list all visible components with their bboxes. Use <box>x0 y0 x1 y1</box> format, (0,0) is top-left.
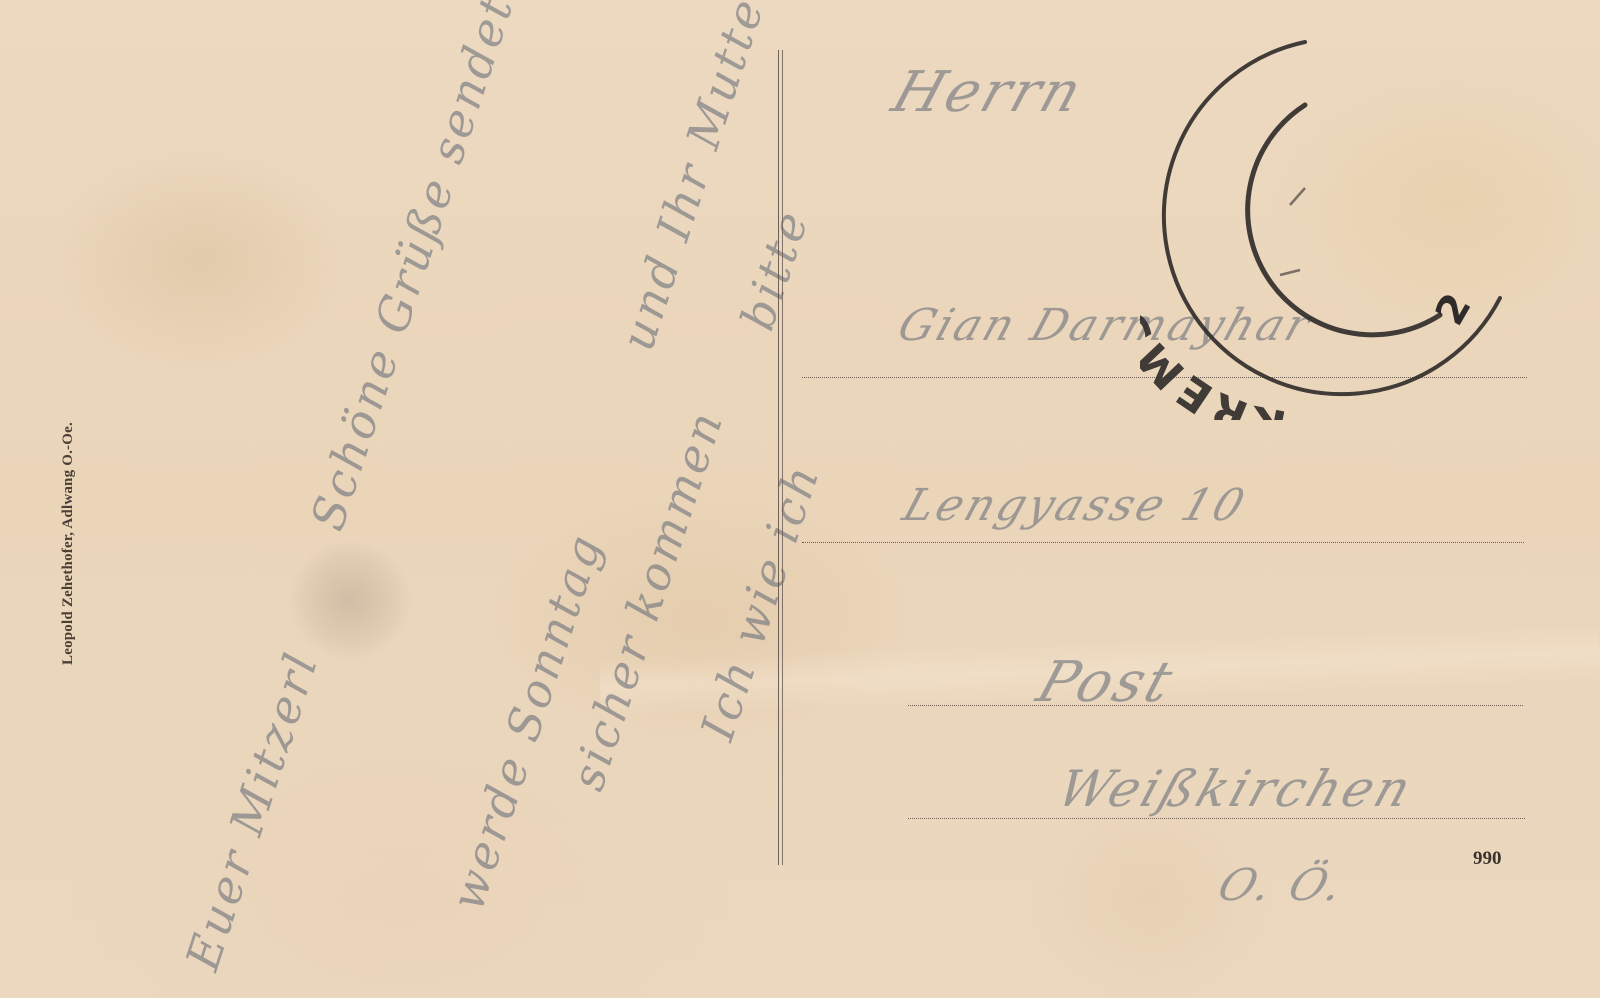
message-line: bitte <box>730 203 819 337</box>
message-line: Schöne Grüße sendet <box>300 0 524 537</box>
postmark-number: 2 <box>1427 286 1481 333</box>
postcard-back: Leopold Zehethofer, Adlwang O.-Oe. Euer … <box>0 0 1600 998</box>
center-divider <box>778 50 783 865</box>
address-salutation: Herrn <box>884 60 1092 125</box>
address-post: Post <box>1029 650 1182 715</box>
ink-smudge <box>290 540 410 660</box>
address-town: Weißkirchen <box>1051 760 1421 818</box>
address-line-3 <box>908 705 1523 706</box>
address-line-4 <box>908 818 1525 819</box>
serial-number: 990 <box>1473 848 1502 870</box>
address-street: Lengyasse 10 <box>897 480 1254 531</box>
postmark: KREMSMÜNS 2 <box>1140 30 1520 420</box>
message-line: Euer Mitzerl <box>175 645 329 977</box>
address-line-2 <box>802 542 1524 543</box>
printer-imprint: Leopold Zehethofer, Adlwang O.-Oe. <box>60 422 77 665</box>
address-region: O. Ö. <box>1212 860 1353 911</box>
